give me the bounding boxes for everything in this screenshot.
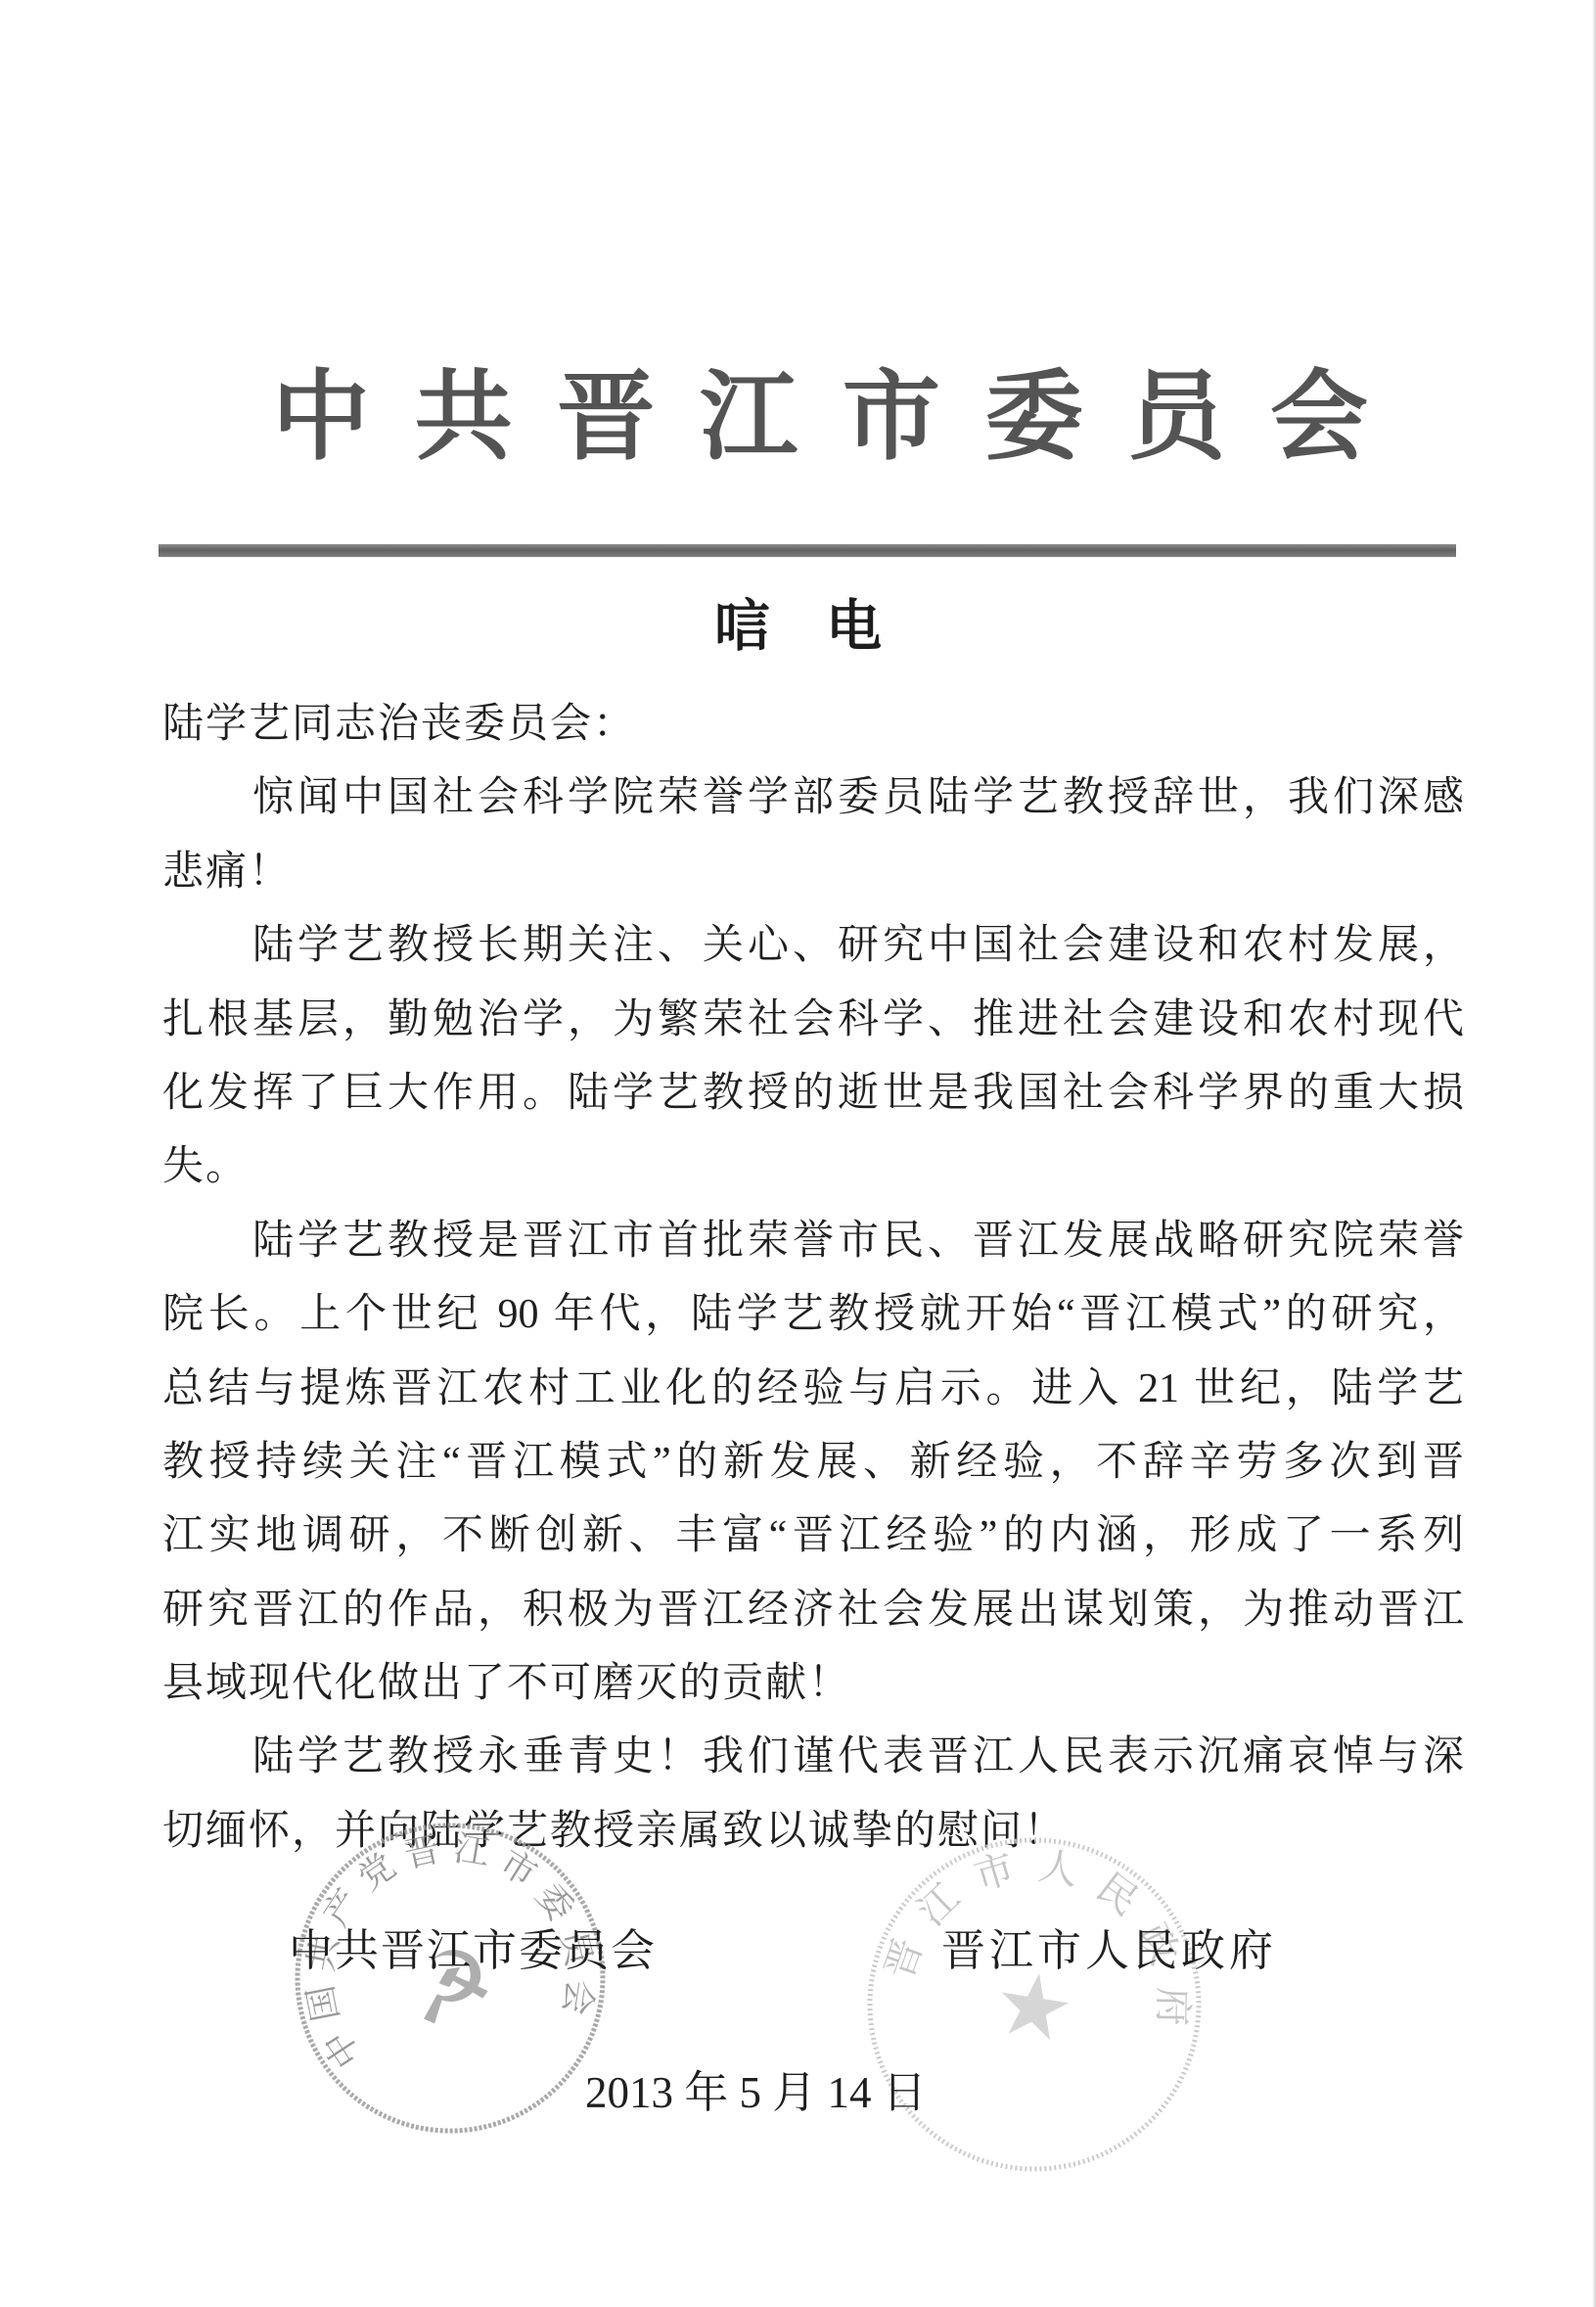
scanned-document-page: 中共晋江市委员会 唁 电 陆学艺同志治丧委员会： 惊闻中国社会科学院荣誉学部委员… (0, 0, 1596, 2307)
letterhead-organization: 中共晋江市委员会 (272, 360, 1368, 476)
body-line: 化发挥了巨大作用。陆学艺教授的逝世是我国社会科学界的重大损 (162, 1057, 1464, 1130)
scan-edge-artifact (1592, 0, 1596, 2307)
signature-government: 晋江市人民政府 (941, 1926, 1277, 1975)
document-title: 唁 电 (0, 595, 1596, 660)
party-committee-stamp-icon: 中国共产党晋江市委员会 ☭ (286, 1814, 615, 2143)
body-line: 江实地调研，不断创新、丰富“晋江经验”的内涵，形成了一系列 (162, 1500, 1464, 1573)
body-line: 总结与提炼晋江农村工业化的经验与启示。进入 21 世纪，陆学艺 (162, 1353, 1464, 1426)
body-line: 陆学艺教授长期关注、关心、研究中国社会建设和农村发展， (162, 909, 1464, 983)
body-line: 扎根基层，勤勉治学，为繁荣社会科学、推进社会建设和农村现代 (162, 984, 1464, 1057)
body-line: 陆学艺同志治丧委员会： (162, 688, 1464, 761)
signature-party-committee: 中共晋江市委员会 (289, 1926, 657, 1975)
body-text: 陆学艺同志治丧委员会： 惊闻中国社会科学院荣誉学部委员陆学艺教授辞世，我们深感悲… (162, 688, 1464, 1869)
body-line: 院长。上个世纪 90 年代，陆学艺教授就开始“晋江模式”的研究， (162, 1278, 1464, 1352)
body-line: 县域现代化做出了不可磨灭的贡献！ (162, 1647, 1464, 1721)
body-line: 研究晋江的作品，积极为晋江经济社会发展出谋划策，为推动晋江 (162, 1574, 1464, 1647)
body-line: 陆学艺教授是晋江市首批荣誉市民、晋江发展战略研究院荣誉 (162, 1205, 1464, 1278)
government-stamp-icon: 晋江市人民政府 ★ (858, 1826, 1210, 2184)
date-line: 2013 年 5 月 14 日 (585, 2067, 927, 2118)
body-line: 惊闻中国社会科学院荣誉学部委员陆学艺教授辞世，我们深感 (162, 761, 1464, 835)
letterhead-rule (159, 544, 1456, 557)
body-line: 陆学艺教授永垂青史！我们谨代表晋江人民表示沉痛哀悼与深 (162, 1721, 1464, 1794)
body-line: 教授持续关注“晋江模式”的新发展、新经验，不辞辛劳多次到晋 (162, 1426, 1464, 1500)
body-line: 失。 (162, 1130, 1464, 1204)
body-line: 悲痛！ (162, 836, 1464, 909)
